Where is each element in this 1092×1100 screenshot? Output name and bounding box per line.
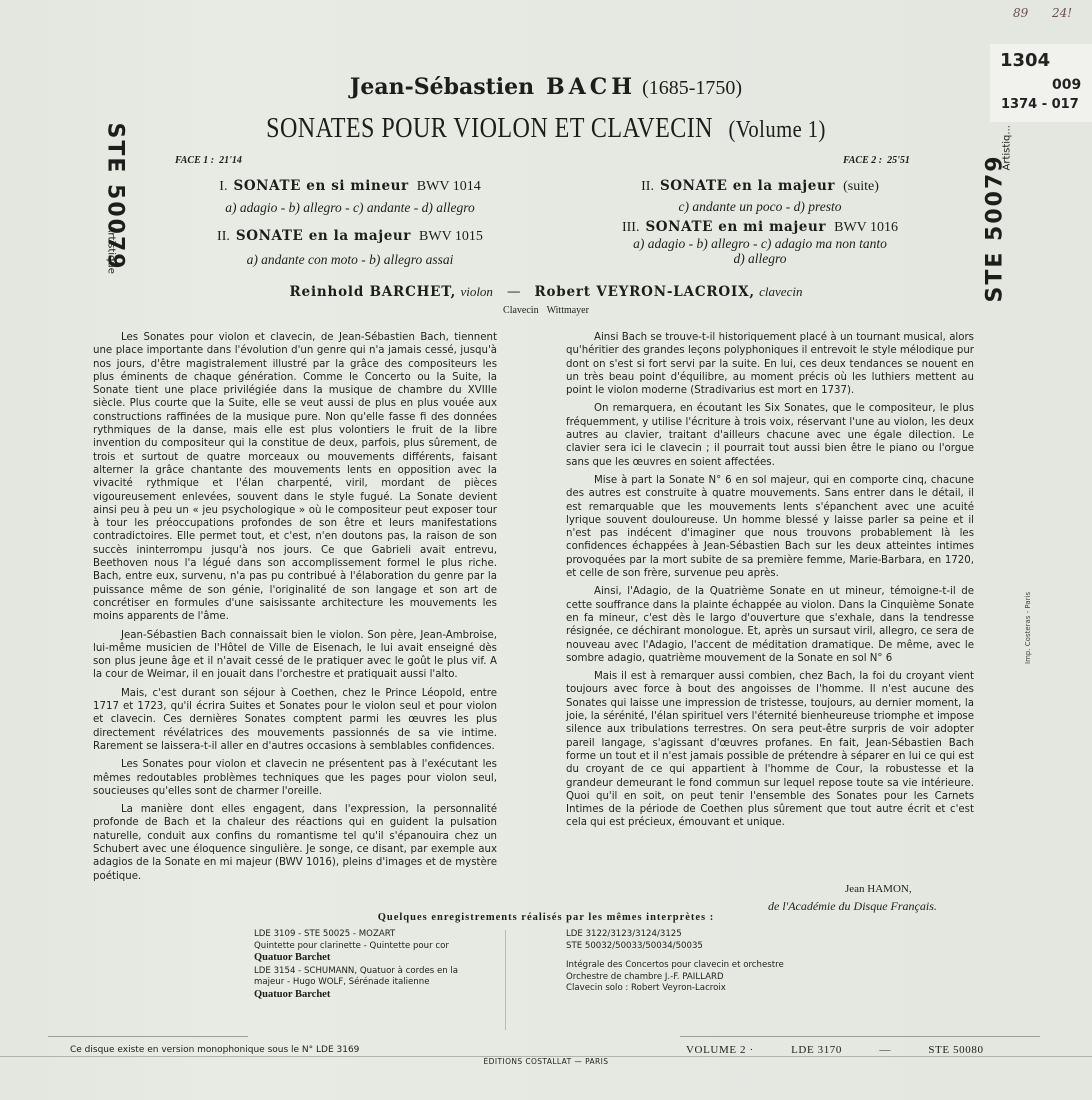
liner-paragraph: Mais il est à remarquer aussi combien, c… (566, 670, 974, 830)
sonata-movements: d) allegro (560, 251, 960, 267)
sonata-name: SONATE en si mineur (233, 178, 408, 194)
album-title: SONATES POUR VIOLON ET CLAVECIN(Volume 1… (76, 113, 1015, 145)
recording-catalog: LDE 3154 - SCHUMANN, Quatuor à cordes en… (254, 966, 504, 978)
sonata-number: II. (217, 229, 230, 244)
volume-2-lde: LDE 3170 (791, 1044, 842, 1056)
face-duration: 21'14 (219, 155, 242, 166)
sonata-name: SONATE en la majeur (660, 178, 835, 194)
sticker-line-1: 1304 (1000, 50, 1050, 71)
liner-notes-left-column: Les Sonates pour violon et clavecin, de … (93, 331, 497, 888)
recording-catalog: STE 50032/50033/50034/50035 (566, 941, 856, 953)
violinist-name: Reinhold BARCHET, (290, 284, 457, 300)
recording-ensemble: Quatuor Barchet (254, 989, 504, 1001)
volume-2-reference: VOLUME 2 · LDE 3170 — STE 50080 (686, 1044, 984, 1056)
composer-first-name: Jean-Sébastien (350, 74, 534, 100)
instrument-label: Clavecin (503, 305, 539, 316)
record-sleeve-back: 89 24! 1304 009 1374 - 017 Jean-Sébastie… (0, 0, 1092, 1100)
liner-paragraph: Les Sonates pour violon et clavecin, de … (93, 331, 497, 624)
sonata-bwv: BWV 1015 (419, 229, 483, 244)
recording-catalog: LDE 3122/3123/3124/3125 (566, 929, 856, 941)
spine-left: STE 50079 Artistique (85, 140, 145, 300)
instrument-maker: Wittmayer (547, 305, 589, 316)
sonata-title: III.SONATE en mi majeurBWV 1016 (560, 219, 960, 236)
label-brand-right: Artistiq... (1002, 101, 1013, 171)
face-2-header: FACE 2 : 25'51 (843, 155, 910, 166)
printer-imprint: Imp. Costeras - Paris (1024, 544, 1032, 664)
handwritten-note: 24! (1052, 6, 1072, 20)
harpsichordist-name: Robert VEYRON-LACROIX, (534, 284, 754, 300)
separator: — (507, 284, 521, 300)
recording-catalog: LDE 3109 - STE 50025 - MOZART (254, 929, 504, 941)
liner-paragraph: La manière dont elles engagent, dans l'e… (93, 803, 497, 883)
handwritten-note: 89 (1013, 6, 1028, 20)
divider (680, 1036, 1040, 1037)
author-name: Jean HAMON, (845, 883, 912, 895)
recording-description: Quintette pour clarinette - Quintette po… (254, 941, 504, 953)
composer-heading: Jean-SébastienBACH(1685-1750) (0, 74, 1092, 100)
recording-description: majeur - Hugo WOLF, Sérénade italienne (254, 977, 504, 989)
sonata-title: II.SONATE en la majeurBWV 1015 (150, 228, 550, 245)
performers-line: Reinhold BARCHET, violon—Robert VEYRON-L… (0, 284, 1092, 300)
volume-label: (Volume 1) (728, 117, 825, 143)
divider (48, 1036, 248, 1037)
sleeve-edge (0, 1056, 1092, 1057)
liner-paragraph: Les Sonates pour violon et clavecin ne p… (93, 758, 497, 798)
violinist-role: violon (460, 284, 493, 299)
recording-ensemble: Quatuor Barchet (254, 952, 504, 964)
liner-paragraph: Ainsi, l'Adagio, de la Quatrième Sonate … (566, 585, 974, 665)
face-label: FACE 1 : (175, 155, 214, 166)
sonata-number: II. (641, 179, 654, 194)
recording-description: Intégrale des Concertos pour clavecin et… (566, 960, 856, 972)
sonata-movements: c) andante un poco - d) presto (560, 199, 960, 215)
liner-paragraph: Mise à part la Sonate N° 6 en sol majeur… (566, 474, 974, 580)
spine-right: STE 50079 Artistiq... (960, 100, 1040, 300)
sonata-number: I. (219, 179, 227, 194)
sonata-movements: a) adagio - b) allegro - c) adagio ma no… (560, 236, 960, 252)
sonata-title: II.SONATE en la majeur(suite) (560, 178, 960, 195)
face-duration: 25'51 (887, 155, 910, 166)
liner-paragraph: Jean-Sébastien Bach connaissait bien le … (93, 629, 497, 682)
liner-paragraph: On remarquera, en écoutant les Six Sonat… (566, 402, 974, 468)
sonata-name: SONATE en mi majeur (645, 219, 826, 235)
divider (505, 930, 506, 1030)
liner-paragraph: Ainsi Bach se trouve-t-il historiquement… (566, 331, 974, 397)
composer-last-name: BACH (546, 74, 636, 100)
separator: — (879, 1044, 891, 1056)
liner-notes-right-column: Ainsi Bach se trouve-t-il historiquement… (566, 331, 974, 835)
sonata-bwv: (suite) (843, 179, 879, 194)
publisher-credit: ÉDITIONS COSTALLAT — PARIS (0, 1057, 1092, 1066)
liner-paragraph: Mais, c'est durant son séjour à Coethen,… (93, 687, 497, 753)
sonata-name: SONATE en la majeur (236, 228, 411, 244)
mono-version-note: Ce disque existe en version monophonique… (70, 1045, 359, 1055)
album-title-text: SONATES POUR VIOLON ET CLAVECIN (266, 113, 713, 144)
recording-soloist: Clavecin solo : Robert Veyron-Lacroix (566, 983, 856, 995)
sonata-bwv: BWV 1016 (834, 220, 898, 235)
sonata-bwv: BWV 1014 (417, 179, 481, 194)
sonata-movements: a) andante con moto - b) allegro assai (150, 252, 550, 268)
composer-dates: (1685-1750) (642, 77, 742, 99)
face-label: FACE 2 : (843, 155, 882, 166)
recording-orchestra: Orchestre de chambre J.-F. PAILLARD (566, 972, 856, 984)
volume-2-label: VOLUME 2 · (686, 1044, 754, 1056)
other-recordings-right: LDE 3122/3123/3124/3125 STE 50032/50033/… (566, 929, 856, 995)
other-recordings-title: Quelques enregistrements réalisés par le… (0, 912, 1092, 923)
sonata-title: I.SONATE en si mineurBWV 1014 (150, 178, 550, 195)
instrument-credit: ClavecinWittmayer (0, 305, 1092, 316)
other-recordings-left: LDE 3109 - STE 50025 - MOZART Quintette … (254, 929, 504, 1001)
harpsichordist-role: clavecin (759, 284, 802, 299)
face-1-header: FACE 1 : 21'14 (175, 155, 242, 166)
sonata-number: III. (622, 220, 640, 235)
volume-2-ste: STE 50080 (928, 1044, 983, 1056)
sonata-movements: a) adagio - b) allegro - c) andante - d)… (150, 200, 550, 216)
